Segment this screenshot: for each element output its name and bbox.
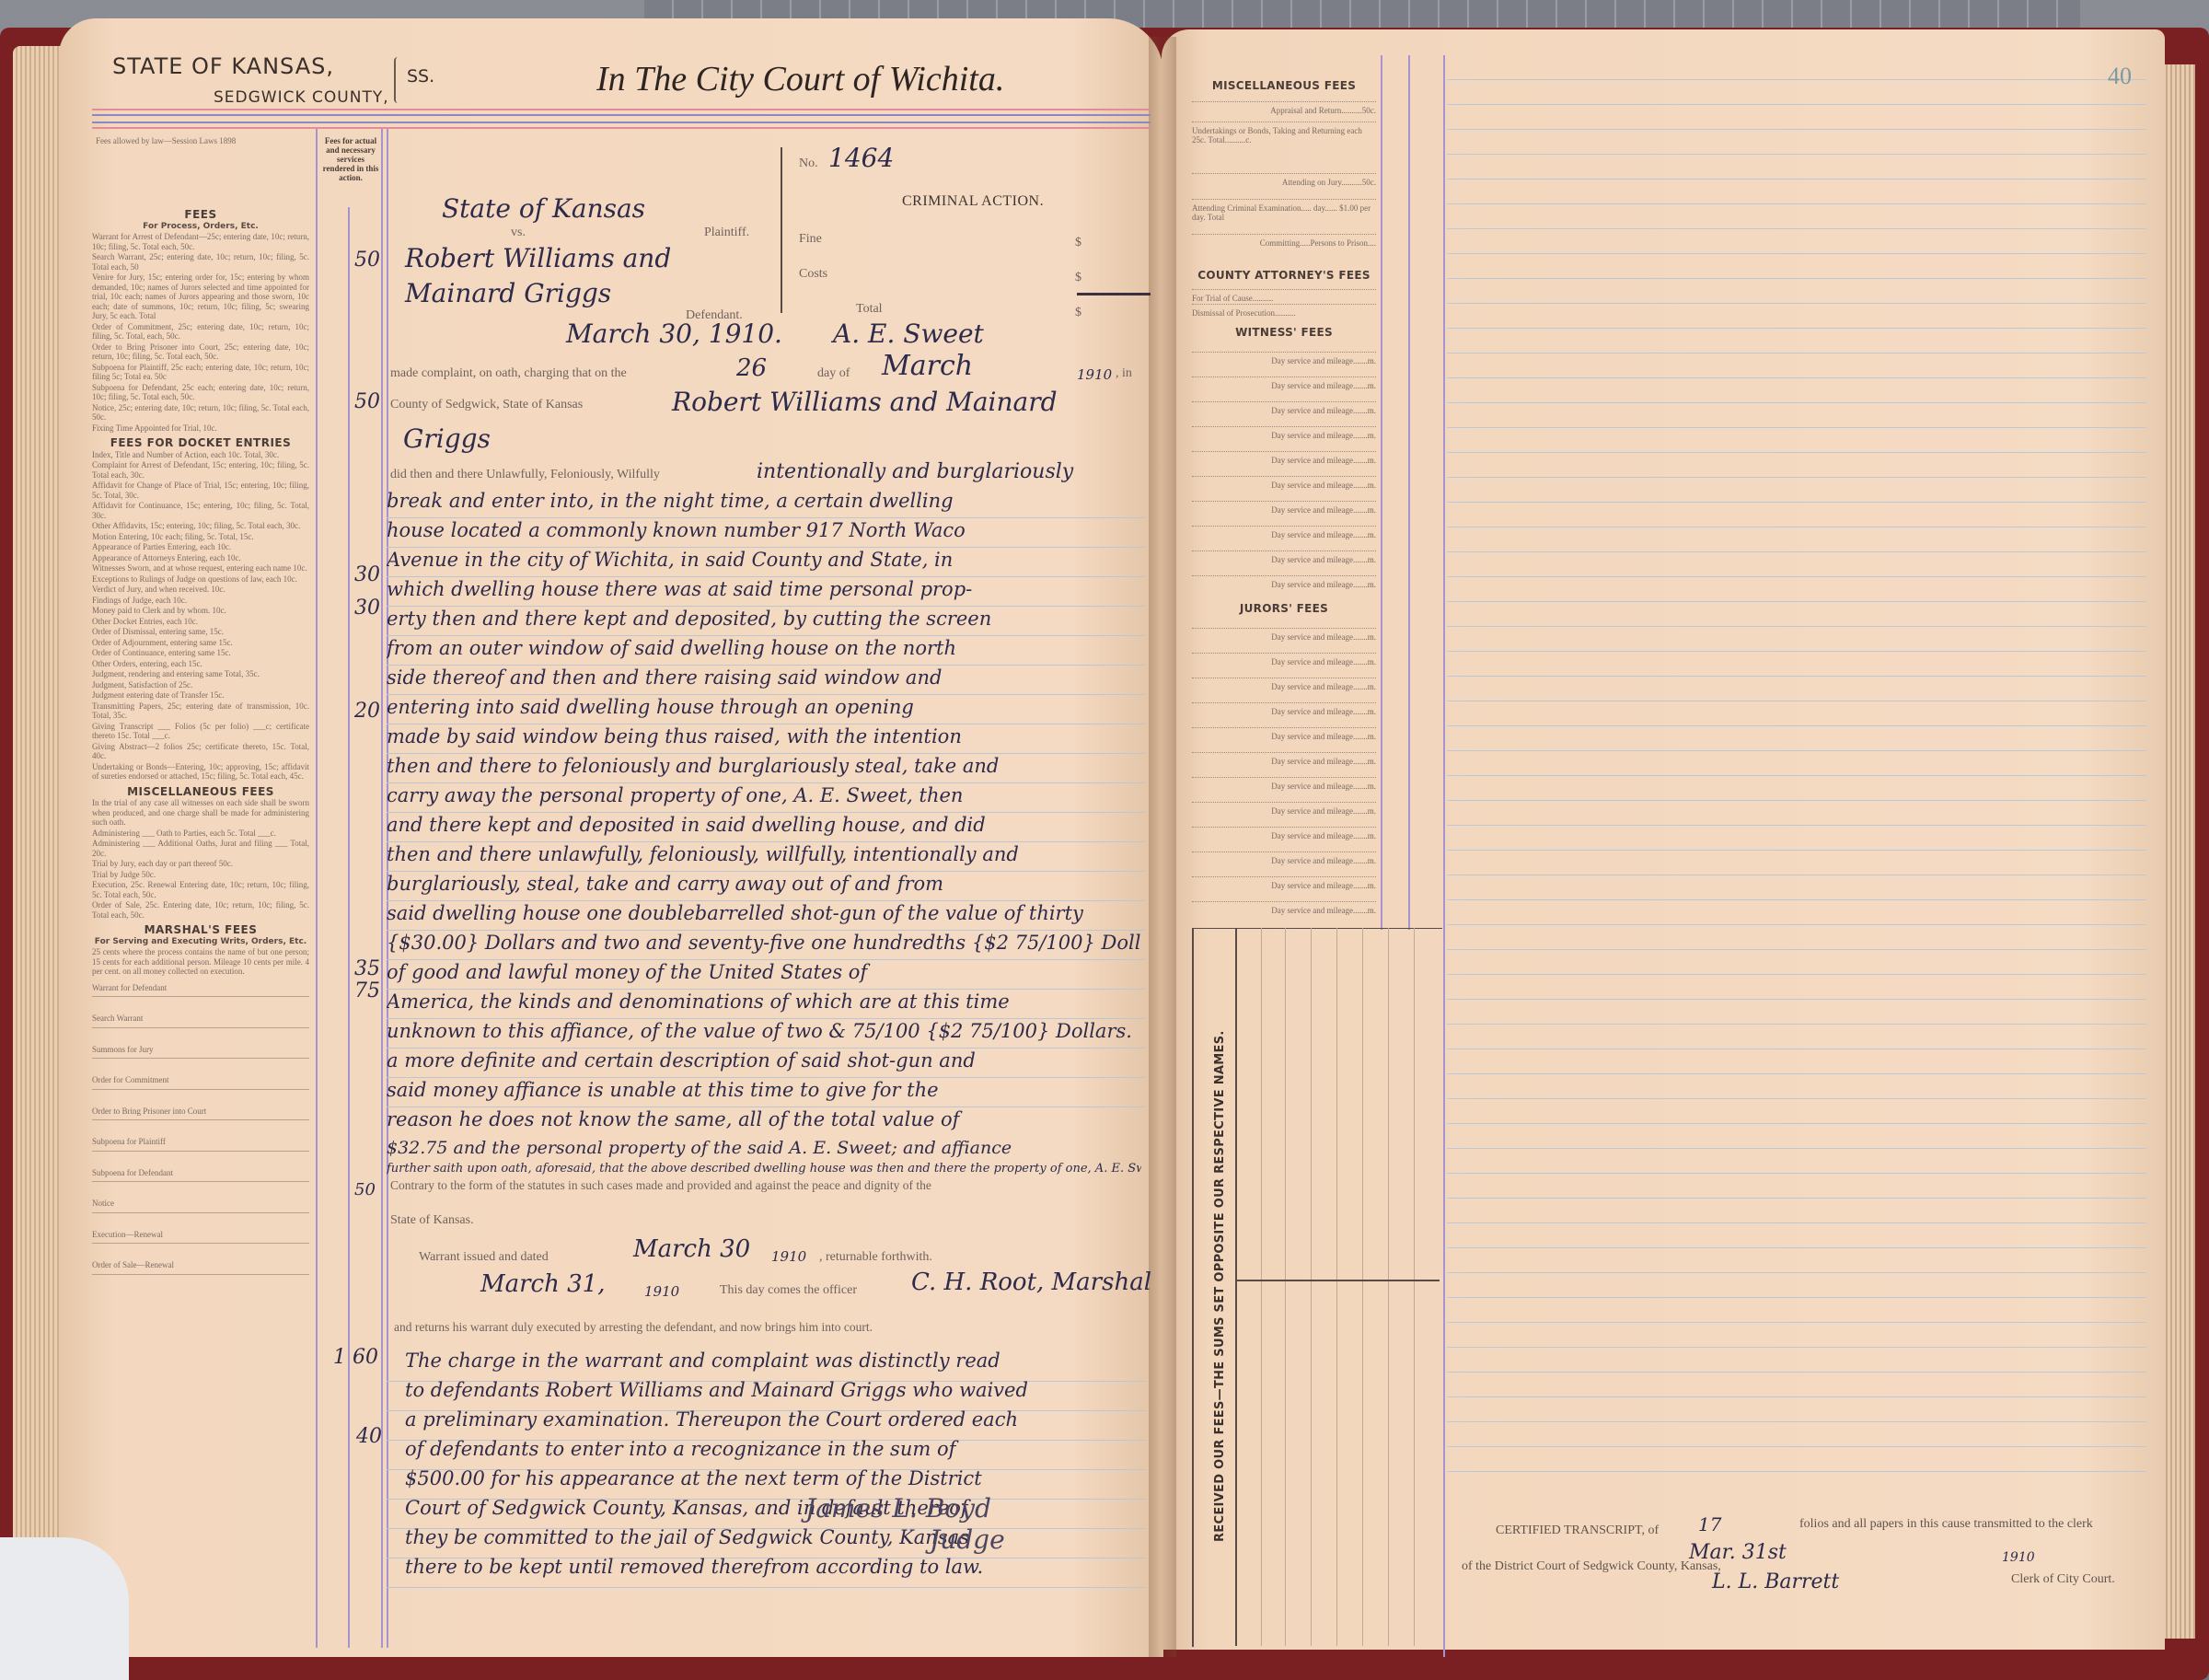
fee-item: Affidavit for Change of Place of Trial, … xyxy=(92,481,309,500)
witness-fee-row: Day service and mileage.......m. xyxy=(1192,426,1376,440)
charge-line: America, the kinds and denominations of … xyxy=(387,991,1141,1013)
column-rule xyxy=(1443,55,1445,1657)
fee-item: Judgment, rendering and entering same To… xyxy=(92,669,309,679)
costs-label: Costs xyxy=(799,267,827,282)
fees-section-subtitle: For Serving and Executing Writs, Orders,… xyxy=(92,937,309,947)
ruled-line xyxy=(387,724,1146,724)
accused-line-2: Griggs xyxy=(403,423,491,454)
charge-line: then and there unlawfully, feloniously, … xyxy=(387,843,1141,865)
receipt-col xyxy=(1311,928,1312,1646)
officer-label: This day comes the officer xyxy=(720,1283,857,1298)
juror-fee-row: Day service and mileage.......m. xyxy=(1192,802,1376,816)
fee-amount: 50 xyxy=(354,1180,376,1199)
ruled-area xyxy=(1447,55,2146,1491)
charge-line: $32.75 and the personal property of the … xyxy=(387,1138,1141,1158)
marshal-fee-item: Execution—Renewal xyxy=(92,1224,309,1245)
ruled-line xyxy=(387,694,1146,695)
ruled-line xyxy=(387,547,1146,548)
offense-month: March xyxy=(882,350,973,382)
fee-amount: 30 xyxy=(354,563,380,586)
charge-line: break and enter into, in the night time,… xyxy=(387,490,1141,512)
fee-item: Verdict of Jury, and when received. 10c. xyxy=(92,585,309,595)
fees-law-note: Fees allowed by law—Session Laws 1898 xyxy=(96,136,309,145)
header-rule xyxy=(92,109,1151,110)
fee-item: Transmitting Papers, 25c; entering date … xyxy=(92,701,309,721)
fee-item: Motion Entering, 10c each; filing, 5c. T… xyxy=(92,532,309,542)
juror-fee-row: Day service and mileage.......m. xyxy=(1192,678,1376,691)
juror-fee-row: Day service and mileage.......m. xyxy=(1192,777,1376,791)
fee-item: Order to Bring Prisoner into Court, 25c;… xyxy=(92,342,309,362)
marshal-fee-item: Notice xyxy=(92,1193,309,1213)
folio-count: 17 xyxy=(1698,1513,1721,1535)
charge-line: said dwelling house one doublebarrelled … xyxy=(387,902,1141,924)
ruled-line xyxy=(387,1048,1146,1049)
fee-item: Notice, 25c; entering date, 10c; return,… xyxy=(92,403,309,423)
ruled-line xyxy=(387,1018,1146,1019)
fees-section-title: MISCELLANEOUS FEES xyxy=(92,787,309,797)
fees-list: FEES For Process, Orders, Etc. Warrant f… xyxy=(92,204,309,1286)
fee-item: Order of Continuance, entering same 15c. xyxy=(92,648,309,658)
page-number: 40 xyxy=(2108,63,2132,90)
fee-item: Subpoena for Defendant, 25c each; enteri… xyxy=(92,383,309,402)
fee-item: Administering ___ Additional Oaths, Jura… xyxy=(92,839,309,858)
certificate-label: CERTIFIED TRANSCRIPT, of xyxy=(1496,1524,1659,1538)
warrant-label: Warrant issued and dated xyxy=(419,1250,549,1265)
charge-line: unknown to this affiance, of the value o… xyxy=(387,1020,1141,1042)
fee-item: Search Warrant, 25c; entering date, 10c;… xyxy=(92,252,309,272)
fee-item: Warrant for Arrest of Defendant—25c; ent… xyxy=(92,232,309,251)
ruled-line xyxy=(387,812,1146,813)
fee-item: Money paid to Clerk and by whom. 10c. xyxy=(92,606,309,616)
defendant-name-1: Robert Williams and xyxy=(405,243,671,273)
brace-icon xyxy=(394,57,401,103)
juror-fee-row: Day service and mileage.......m. xyxy=(1192,702,1376,716)
fees-section-intro: In the trial of any case all witnesses o… xyxy=(92,798,309,828)
certificate-date: Mar. 31st xyxy=(1689,1541,1787,1564)
fee-item: Order of Dismissal, entering same, 15c. xyxy=(92,627,309,637)
misc-fee-row: Appraisal and Return..........50c. xyxy=(1192,101,1376,115)
offense-day: 26 xyxy=(736,354,767,382)
fee-item: Findings of Judge, each 10c. xyxy=(92,596,309,606)
proceedings-line: a preliminary examination. Thereupon the… xyxy=(405,1408,1160,1431)
marshal-fee-item: Order to Bring Prisoner into Court xyxy=(92,1101,309,1121)
fee-item: Venire for Jury, 15c; entering order for… xyxy=(92,272,309,321)
county-attorney-title: COUNTY ATTORNEY'S FEES xyxy=(1192,269,1376,282)
fees-section-title: FEES FOR DOCKET ENTRIES xyxy=(92,438,309,448)
misc-fee-row: Attending on Jury..........50c. xyxy=(1192,173,1376,187)
fee-item: Witnesses Sworn, and at whose request, e… xyxy=(92,563,309,574)
defendant-name-2: Mainard Griggs xyxy=(405,278,611,308)
ruled-line xyxy=(387,930,1146,931)
did-then-label: did then and there Unlawfully, Felonious… xyxy=(390,468,660,482)
fee-item: Judgment, Satisfaction of 25c. xyxy=(92,680,309,690)
complainant-name: A. E. Sweet xyxy=(833,319,984,349)
charge-line: side thereof and then and there raising … xyxy=(387,666,1141,689)
charge-line: further saith upon oath, aforesaid, that… xyxy=(387,1162,1141,1176)
ruled-line xyxy=(387,606,1146,607)
juror-fee-row: Day service and mileage.......m. xyxy=(1192,653,1376,666)
complaint-date: March 30, 1910. xyxy=(566,319,782,349)
receipt-col xyxy=(1336,928,1337,1646)
fee-item: Other Orders, entering, each 15c. xyxy=(92,659,309,669)
plaintiff-name: State of Kansas xyxy=(442,193,645,224)
fine-label: Fine xyxy=(799,232,822,247)
fee-item: Subpoena for Plaintiff, 25c each; enteri… xyxy=(92,363,309,382)
charge-line: erty then and there kept and deposited, … xyxy=(387,608,1141,630)
receipt-col xyxy=(1285,928,1286,1646)
warrant-date: March 30 xyxy=(633,1235,750,1263)
receipt-divider xyxy=(1235,928,1237,1646)
fee-amount: 40 xyxy=(356,1425,382,1448)
charge-line: and there kept and deposited in said dwe… xyxy=(387,814,1141,836)
proceedings-line: they be committed to the jail of Sedgwic… xyxy=(405,1526,1160,1548)
fee-item: Execution, 25c. Renewal Entering date, 1… xyxy=(92,880,309,899)
made-complaint-label: made complaint, on oath, charging that o… xyxy=(390,366,627,381)
returns-text: and returns his warrant duly executed by… xyxy=(394,1320,873,1335)
county-label: County of Sedgwick, State of Kansas xyxy=(390,398,583,412)
charge-line: entering into said dwelling house throug… xyxy=(387,696,1141,718)
ruled-line xyxy=(387,900,1146,901)
officer-name: C. H. Root, Marshal xyxy=(911,1269,1151,1296)
contrary-text: Contrary to the form of the statutes in … xyxy=(390,1178,1145,1193)
ruled-line xyxy=(387,576,1146,577)
total-rule xyxy=(1077,293,1151,295)
ruled-line xyxy=(387,753,1146,754)
ruled-line xyxy=(387,635,1146,636)
column-rule xyxy=(348,207,350,1648)
fees-section-subtitle: For Process, Orders, Etc. xyxy=(92,222,309,232)
header-state: STATE OF KANSAS, xyxy=(112,53,334,79)
misc-fees-title: MISCELLANEOUS FEES xyxy=(1192,79,1376,92)
fee-amount: 75 xyxy=(354,979,380,1002)
header-rule xyxy=(92,122,1151,123)
fees-amount-header: Fees for actual and necessary services r… xyxy=(320,136,381,182)
fee-item: Giving Abstract—2 folios 25c; certificat… xyxy=(92,742,309,761)
offense-year: 1910 xyxy=(1077,366,1112,383)
marshal-fee-item: Subpoena for Plaintiff xyxy=(92,1131,309,1152)
return-year: 1910 xyxy=(644,1283,679,1300)
clerk-signature: L. L. Barrett xyxy=(1712,1570,1839,1593)
ruled-line xyxy=(387,1106,1146,1107)
header-ss: SS. xyxy=(407,66,434,87)
charge-line: reason he does not know the same, all of… xyxy=(387,1108,1141,1130)
total-label: Total xyxy=(856,302,883,317)
fee-item: Judgment entering date of Transfer 15c. xyxy=(92,690,309,701)
column-rule xyxy=(381,129,383,1648)
warrant-year: 1910 xyxy=(771,1248,806,1265)
receipt-col xyxy=(1388,928,1389,1646)
fee-item: Appearance of Attorneys Entering, each 1… xyxy=(92,553,309,563)
juror-fee-row: Day service and mileage.......m. xyxy=(1192,876,1376,890)
charge-line: carry away the personal property of one,… xyxy=(387,784,1141,806)
witness-fee-row: Day service and mileage.......m. xyxy=(1192,401,1376,415)
jurors-fees-title: JURORS' FEES xyxy=(1192,602,1376,615)
plaintiff-label: Plaintiff. xyxy=(704,226,749,240)
fee-item: Other Docket Entries, each 10c. xyxy=(92,617,309,627)
misc-fee-row: Undertakings or Bonds, Taking and Return… xyxy=(1192,122,1376,145)
misc-fee-row: Attending Criminal Examination..... day.… xyxy=(1192,199,1376,222)
charge-line: said money affiance is unable at this ti… xyxy=(387,1079,1141,1101)
ruled-line xyxy=(387,665,1146,666)
fee-amount: 30 xyxy=(354,597,380,620)
vs-label: vs. xyxy=(511,226,526,240)
fee-item: Order of Sale, 25c. Entering date, 10c; … xyxy=(92,900,309,920)
receipt-col xyxy=(1414,928,1415,1646)
fees-section-title: FEES xyxy=(92,210,309,220)
certificate-year: 1910 xyxy=(2002,1550,2035,1565)
action-type: CRIMINAL ACTION. xyxy=(902,193,1044,210)
witness-fee-row: Day service and mileage.......m. xyxy=(1192,501,1376,515)
ruled-line xyxy=(387,1077,1146,1078)
judge-title: Judge xyxy=(930,1524,1005,1555)
ruled-line xyxy=(387,871,1146,872)
receipt-col xyxy=(1261,928,1262,1646)
charge-line: made by said window being thus raised, w… xyxy=(387,725,1141,747)
marshal-fee-item: Subpoena for Defendant xyxy=(92,1163,309,1183)
witness-fee-row: Day service and mileage.......m. xyxy=(1192,550,1376,564)
ruled-line xyxy=(387,841,1146,842)
fee-item: Order of Adjournment, entering same 15c. xyxy=(92,638,309,648)
proceedings-line: to defendants Robert Williams and Mainar… xyxy=(405,1379,1160,1401)
charge-line: then and there to feloniously and burgla… xyxy=(387,755,1141,777)
costs-currency: $ xyxy=(1075,271,1081,285)
judge-signature: James L. Boyd xyxy=(805,1493,991,1524)
fee-item: Other Affidavits, 15c; entering, 10c; fi… xyxy=(92,521,309,531)
court-title: In The City Court of Wichita. xyxy=(596,59,1004,99)
fee-item: Complaint for Arrest of Defendant, 15c; … xyxy=(92,460,309,480)
gloved-hand xyxy=(0,1537,129,1680)
proceedings-line: Court of Sedgwick County, Kansas, and in… xyxy=(405,1497,1160,1519)
witness-fee-row: Day service and mileage.......m. xyxy=(1192,476,1376,490)
fee-item: Trial by Judge 50c. xyxy=(92,870,309,880)
in-label: , in xyxy=(1116,366,1132,381)
returnable-label: , returnable forthwith. xyxy=(819,1250,932,1265)
fee-amount: 35 xyxy=(354,957,380,980)
fee-item: Administering ___ Oath to Parties, each … xyxy=(92,828,309,839)
ruled-line xyxy=(387,517,1146,518)
charge-line: from an outer window of said dwelling ho… xyxy=(387,637,1141,659)
state-text: State of Kansas. xyxy=(390,1213,474,1228)
county-attorney-row: For Trial of Cause.......... xyxy=(1192,289,1376,303)
fee-item: Giving Transcript ___ Folios (5c per fol… xyxy=(92,722,309,741)
day-of-label: day of xyxy=(817,366,850,381)
proceedings-line: $500.00 for his appearance at the next t… xyxy=(405,1467,1160,1489)
ruled-line xyxy=(387,782,1146,783)
fee-item: Appearance of Parties Entering, each 10c… xyxy=(92,542,309,552)
witness-fee-row: Day service and mileage.......m. xyxy=(1192,526,1376,539)
case-number-label: No. xyxy=(799,156,818,171)
misc-fee-row: Committing.....Persons to Prison.... xyxy=(1192,234,1376,248)
juror-fee-row: Day service and mileage.......m. xyxy=(1192,727,1376,741)
clerk-label: Clerk of City Court. xyxy=(2011,1572,2115,1587)
caption-brace xyxy=(781,147,782,313)
fee-item: Trial by Jury, each day or part thereof … xyxy=(92,859,309,869)
column-rule xyxy=(1381,55,1382,930)
charge-line: of good and lawful money of the United S… xyxy=(387,961,1141,983)
marshal-fee-item: Order for Commitment xyxy=(92,1070,309,1090)
accused-line-1: Robert Williams and Mainard xyxy=(672,387,1058,417)
marshal-fee-item: Warrant for Defendant xyxy=(92,978,309,998)
certificate-folios-text: folios and all papers in this cause tran… xyxy=(1799,1517,2093,1532)
charge-line: a more definite and certain description … xyxy=(387,1049,1141,1072)
juror-fee-row: Day service and mileage.......m. xyxy=(1192,827,1376,840)
fee-amount: 50 xyxy=(354,390,380,413)
column-rule xyxy=(316,129,318,1648)
juror-fee-row: Day service and mileage.......m. xyxy=(1192,628,1376,642)
column-rule xyxy=(1408,55,1410,930)
witness-fee-row: Day service and mileage.......m. xyxy=(1192,377,1376,390)
receipt-col xyxy=(1362,928,1363,1646)
charge-line: Avenue in the city of Wichita, in said C… xyxy=(387,549,1141,571)
marshal-fee-item: Summons for Jury xyxy=(92,1039,309,1060)
fee-item: Exceptions to Rulings of Judge on questi… xyxy=(92,574,309,585)
charge-line: {$30.00} Dollars and two and seventy-fiv… xyxy=(387,932,1141,954)
fees-section-intro: 25 cents where the process contains the … xyxy=(92,947,309,977)
fee-item: Affidavit for Continuance, 15c; entering… xyxy=(92,501,309,520)
witness-fee-row: Day service and mileage.......m. xyxy=(1192,575,1376,589)
marshal-fee-item: Order of Sale—Renewal xyxy=(92,1255,309,1275)
receipt-box xyxy=(1192,928,1442,1647)
header-rule xyxy=(92,127,1151,129)
fee-amount: 1 60 xyxy=(333,1346,378,1369)
witness-fee-row: Day service and mileage.......m. xyxy=(1192,352,1376,365)
proceedings-line: The charge in the warrant and complaint … xyxy=(405,1350,1160,1372)
return-date: March 31, xyxy=(480,1270,605,1298)
ruled-line xyxy=(387,1587,1146,1588)
charge-line: house located a commonly known number 91… xyxy=(387,519,1141,541)
received-fees-label: RECEIVED OUR FEES—THE SUMS SET OPPOSITE … xyxy=(1213,1030,1227,1542)
fee-amount: 50 xyxy=(354,249,380,272)
fee-amount: 20 xyxy=(354,700,380,723)
case-number: 1464 xyxy=(828,143,894,173)
witness-fees-title: WITNESS' FEES xyxy=(1192,326,1376,339)
proceedings-line: of defendants to enter into a recognizan… xyxy=(405,1438,1160,1460)
charge-line: burglariously, steal, take and carry awa… xyxy=(387,873,1141,895)
juror-fee-row: Day service and mileage.......m. xyxy=(1192,852,1376,865)
fee-item: Index, Title and Number of Action, each … xyxy=(92,450,309,460)
witness-fee-row: Day service and mileage.......m. xyxy=(1192,451,1376,465)
juror-fee-row: Day service and mileage.......m. xyxy=(1192,752,1376,766)
header-rule xyxy=(92,114,1151,116)
fee-item: Fixing Time Appointed for Trial, 10c. xyxy=(92,423,309,434)
certificate-district-text: of the District Court of Sedgwick County… xyxy=(1462,1559,1721,1574)
marshal-fee-item: Search Warrant xyxy=(92,1008,309,1028)
receipt-rule xyxy=(1235,1280,1440,1281)
fees-section-title: MARSHAL'S FEES xyxy=(92,925,309,935)
ruled-line xyxy=(387,989,1146,990)
fine-currency: $ xyxy=(1075,236,1081,250)
juror-fee-row: Day service and mileage.......m. xyxy=(1192,901,1376,915)
charge-line: which dwelling house there was at said t… xyxy=(387,578,1141,600)
charge-line: intentionally and burglariously xyxy=(757,460,1073,483)
total-currency: $ xyxy=(1075,306,1081,320)
county-attorney-row: Dismissal of Prosecution.......... xyxy=(1192,304,1376,318)
fee-item: Undertaking or Bonds—Entering, 10c; appr… xyxy=(92,762,309,782)
fee-item: Order of Commitment, 25c; entering date,… xyxy=(92,322,309,342)
proceedings-line: there to be kept until removed therefrom… xyxy=(405,1556,1160,1578)
ruled-line xyxy=(387,959,1146,960)
header-county: SEDGWICK COUNTY, xyxy=(214,88,389,107)
